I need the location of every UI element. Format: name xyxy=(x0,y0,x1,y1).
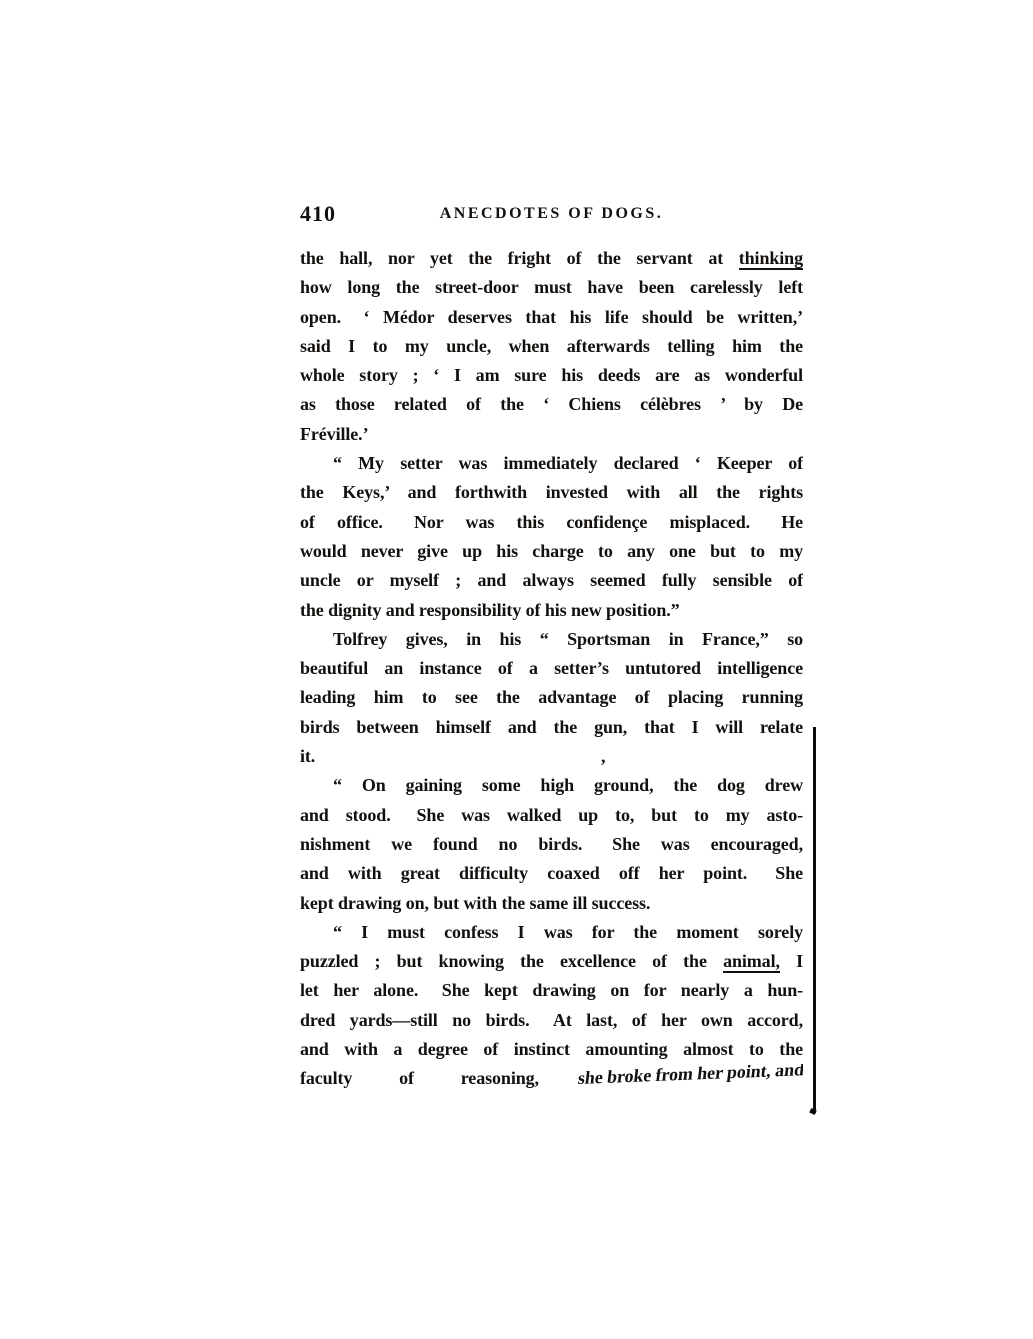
margin-rule-artifact xyxy=(813,727,816,1113)
text-line: faculty of reasoning, she broke from her… xyxy=(300,1064,803,1093)
text-line: “ On gaining some high ground, the dog d… xyxy=(300,771,803,800)
text-line: leading him to see the advantage of plac… xyxy=(300,683,803,712)
text-line: it. xyxy=(300,742,803,771)
text-line: how long the street-door must have been … xyxy=(300,273,803,302)
paragraph: “ I must confess I was for the moment so… xyxy=(300,918,803,1094)
text-segment: faculty of reasoning, xyxy=(300,1068,577,1088)
paragraph: “ My setter was immediately declared ‘ K… xyxy=(300,449,803,625)
distorted-text: she broke from her point, and xyxy=(576,1064,803,1093)
text-line: said I to my uncle, when afterwards tell… xyxy=(300,332,803,361)
stray-mark-artifact: , xyxy=(601,746,606,767)
underlined-word: thinking xyxy=(739,248,803,270)
text-segment: the hall, nor yet the fright of the serv… xyxy=(300,248,739,268)
text-line: and with great difficulty coaxed off her… xyxy=(300,859,803,888)
text-line: would never give up his charge to any on… xyxy=(300,537,803,566)
text-segment: puzzled ; but knowing the excellence of … xyxy=(300,951,723,971)
text-segment: I xyxy=(780,951,803,971)
text-line: and stood. She was walked up to, but to … xyxy=(300,801,803,830)
text-line: puzzled ; but knowing the excellence of … xyxy=(300,947,803,976)
text-line: the dignity and responsibility of his ne… xyxy=(300,596,803,625)
text-line: “ My setter was immediately declared ‘ K… xyxy=(300,449,803,478)
underlined-word: animal, xyxy=(723,951,780,973)
text-line: open. ‘ Médor deserves that his life sho… xyxy=(300,303,803,332)
text-line: Fréville.’ xyxy=(300,420,803,449)
text-line: “ I must confess I was for the moment so… xyxy=(300,918,803,947)
book-page: 410 ANECDOTES OF DOGS. the hall, nor yet… xyxy=(0,0,1033,1339)
text-line: nishment we found no birds. She was enco… xyxy=(300,830,803,859)
text-line: uncle or myself ; and always seemed full… xyxy=(300,566,803,595)
text-line: the Keys,’ and forthwith invested with a… xyxy=(300,478,803,507)
text-line: kept drawing on, but with the same ill s… xyxy=(300,889,803,918)
text-line: as those related of the ‘ Chiens célèbre… xyxy=(300,390,803,419)
paragraph: Tolfrey gives, in his “ Sportsman in Fra… xyxy=(300,625,803,771)
text-line: and with a degree of instinct amounting … xyxy=(300,1035,803,1064)
text-line: beautiful an instance of a setter’s untu… xyxy=(300,654,803,683)
page-header: 410 ANECDOTES OF DOGS. xyxy=(300,201,803,227)
paragraph: “ On gaining some high ground, the dog d… xyxy=(300,771,803,917)
text-line: birds between himself and the gun, that … xyxy=(300,713,803,742)
text-line: of office. Nor was this confidençe mispl… xyxy=(300,508,803,537)
text-line: dred yards—still no birds. At last, of h… xyxy=(300,1006,803,1035)
text-line: whole story ; ‘ I am sure his deeds are … xyxy=(300,361,803,390)
page-header-title: ANECDOTES OF DOGS. xyxy=(300,205,803,223)
body-text: the hall, nor yet the fright of the serv… xyxy=(300,244,803,1094)
text-line: let her alone. She kept drawing on for n… xyxy=(300,976,803,1005)
text-line: the hall, nor yet the fright of the serv… xyxy=(300,244,803,273)
paragraph: the hall, nor yet the fright of the serv… xyxy=(300,244,803,449)
text-line: Tolfrey gives, in his “ Sportsman in Fra… xyxy=(300,625,803,654)
